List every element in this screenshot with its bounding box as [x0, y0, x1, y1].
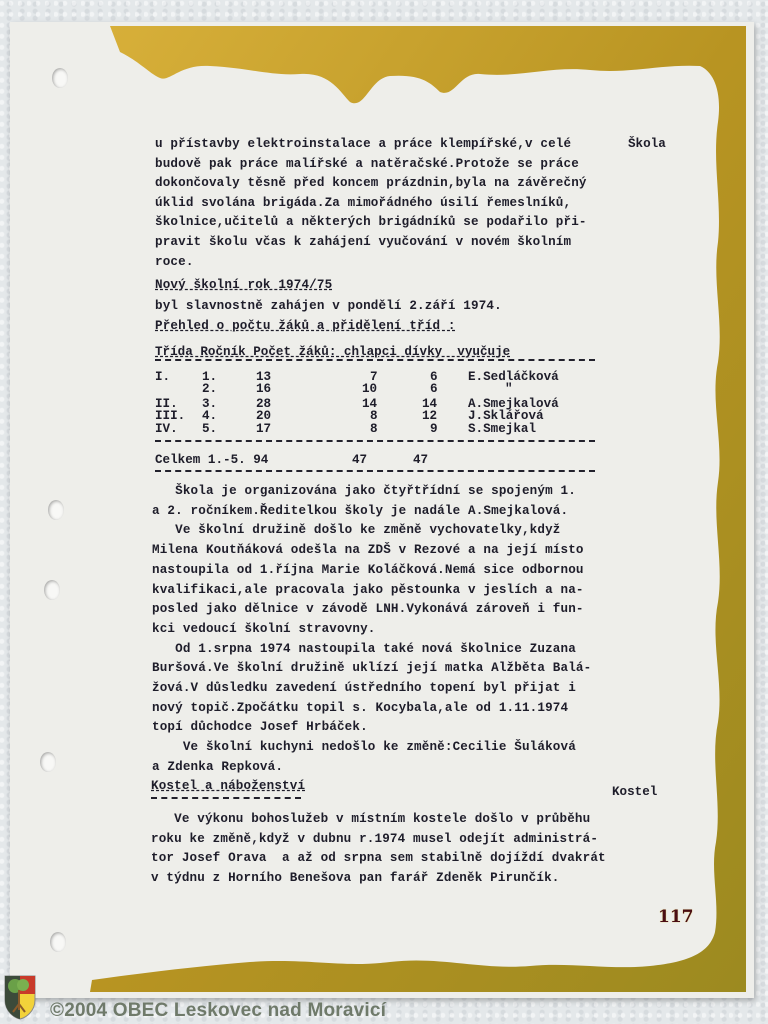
cell-trida: I.: [155, 370, 170, 384]
cell-divky: 6: [430, 382, 438, 396]
cell-pocet: 16: [256, 382, 271, 396]
text-line: úklid svolána brigáda.Za mimořádného úsi…: [155, 196, 571, 210]
text-line: posled jako dělnice v závodě LNH.Vykonáv…: [152, 602, 584, 616]
page-number: 117: [658, 907, 694, 927]
heading-overview: Přehled o počtu žáků a přidělení tříd :: [155, 319, 456, 333]
text-line: Milena Koutňáková odešla na ZDŠ v Rezové…: [152, 543, 584, 557]
text-line: v týdnu z Horního Benešova pan farář Zde…: [151, 871, 560, 885]
cell-divky: 12: [422, 409, 437, 423]
text-line: nový topič.Zpočátku topil s. Kocybala,al…: [152, 701, 568, 715]
cell-trida: III.: [155, 409, 185, 423]
text-line: a 2. ročníkem.Ředitelkou školy je nadále…: [152, 504, 568, 518]
cell-pocet: 20: [256, 409, 271, 423]
table-divider: [155, 440, 595, 442]
text-line: kvalifikaci,ale pracovala jako pěstounka…: [152, 583, 584, 597]
text-line: budově pak práce malířské a natěračské.P…: [155, 157, 579, 171]
text-line: tor Josef Orava a až od srpna sem stabil…: [151, 851, 606, 865]
cell-divky: 9: [430, 422, 438, 436]
total-row: Celkem 1.-5. 94: [155, 453, 268, 467]
text-line: roce.: [155, 255, 194, 269]
table-divider: [155, 359, 595, 361]
text-line: nastoupila od 1.října Marie Koláčková.Ne…: [152, 563, 584, 577]
cell-chlapci: 8: [370, 409, 378, 423]
text-line: pravit školu včas k zahájení vyučování v…: [155, 235, 571, 249]
total-divky: 47: [413, 453, 428, 467]
heading-school-year: Nový školní rok 1974/75: [155, 278, 332, 292]
cell-trida: IV.: [155, 422, 178, 436]
cell-vyucuje: J.Sklářová: [468, 409, 544, 423]
school-year-text: byl slavnostně zahájen v pondělí 2.září …: [155, 299, 502, 313]
cell-chlapci: 8: [370, 422, 378, 436]
text-line: roku ke změně,když v dubnu r.1974 musel …: [151, 832, 598, 846]
margin-note-school: Škola: [628, 137, 666, 151]
total-chlapci: 47: [352, 453, 367, 467]
text-line: topí důchodce Josef Hrbáček.: [152, 720, 368, 734]
text-line: u přístavby elektroinstalace a práce kle…: [155, 137, 571, 151]
cell-vyucuje: E.Sedláčková: [468, 370, 559, 384]
typed-text: Škola u přístavby elektroinstalace a prá…: [0, 0, 768, 1024]
cell-rocnik: 4.: [202, 409, 217, 423]
heading-church: Kostel a náboženství: [151, 779, 305, 793]
table-divider: [155, 470, 595, 472]
text-line: Ve výkonu bohoslužeb v místním kostele d…: [151, 812, 590, 826]
heading-divider: [151, 797, 301, 799]
margin-note-church: Kostel: [612, 785, 657, 799]
text-line: žová.V důsledku zavedení ústředního tope…: [152, 681, 576, 695]
text-line: Ve školní družině došlo ke změně vychova…: [152, 523, 561, 537]
text-line: Od 1.srpna 1974 nastoupila také nová ško…: [152, 642, 576, 656]
text-line: Škola je organizována jako čtyřtřídní se…: [152, 484, 576, 498]
cell-vyucuje: ": [505, 382, 513, 396]
text-line: školnice,učitelů a některých brigádníků …: [155, 215, 587, 229]
text-line: a Zdenka Repková.: [152, 760, 283, 774]
copyright-footer: ©2004 OBEC Leskovec nad Moravicí: [50, 1000, 386, 1022]
text-line: dokončovaly těsně před koncem prázdnin,b…: [155, 176, 587, 190]
cell-chlapci: 10: [362, 382, 377, 396]
text-line: Ve školní kuchyni nedošlo ke změně:Cecil…: [152, 740, 576, 754]
text-line: kci vedoucí školní stravovny.: [152, 622, 376, 636]
cell-vyucuje: S.Smejkal: [468, 422, 536, 436]
cell-rocnik: 5.: [202, 422, 217, 436]
coat-of-arms-icon: [3, 974, 37, 1020]
table-header: Třída Ročník Počet žáků: chlapci dívky v…: [155, 345, 510, 359]
text-line: Buršová.Ve školní družině uklízí její ma…: [152, 661, 591, 675]
cell-rocnik: 2.: [202, 382, 217, 396]
cell-pocet: 17: [256, 422, 271, 436]
